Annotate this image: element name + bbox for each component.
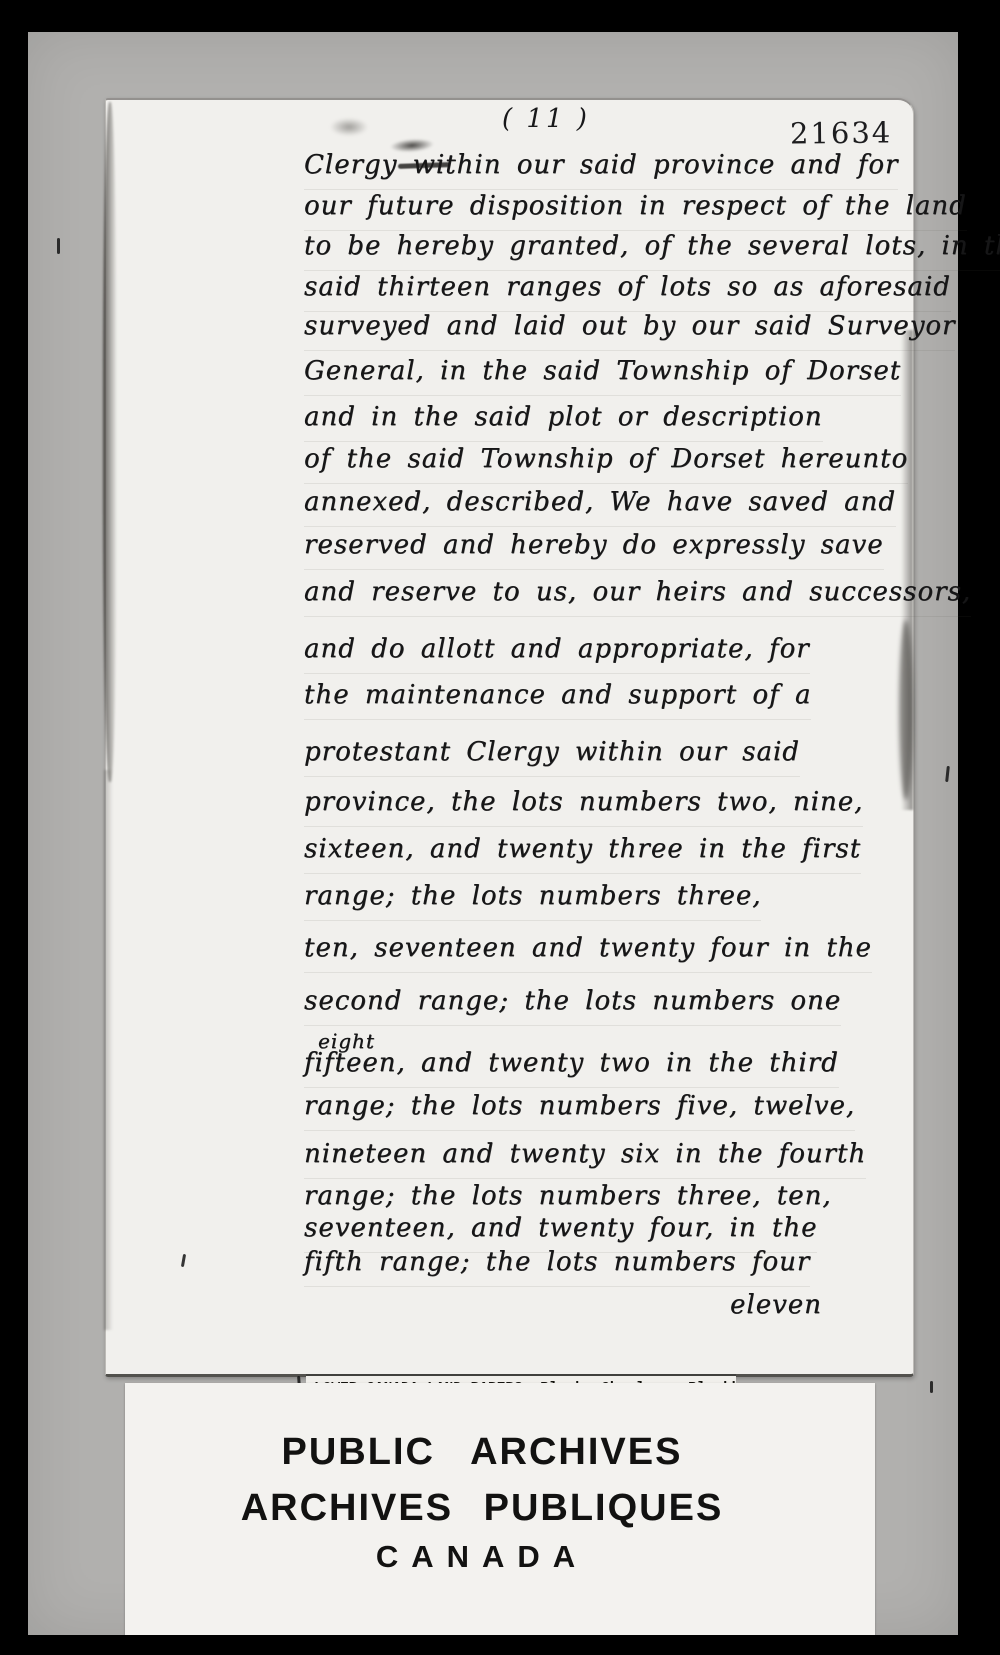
handwriting-line: said thirteen ranges of lots so as afore… — [304, 272, 951, 312]
page-deckle-edge-lower — [104, 770, 113, 1330]
handwriting-line: and do allott and appropriate, for — [304, 634, 810, 674]
handwriting-line: range; the lots numbers three, — [304, 881, 761, 921]
handwriting-line: of the said Township of Dorset hereunto — [304, 444, 908, 484]
page-deckle-edge — [103, 102, 117, 782]
handwriting-line: protestant Clergy within our said — [304, 737, 800, 777]
archival-scan: ( 11 ) 21634 Clergy within our said prov… — [0, 0, 1000, 1655]
handwriting-line: ten, seventeen and twenty four in the — [304, 933, 872, 973]
handwriting-line-catchword: eleven — [730, 1290, 822, 1329]
handwriting-line: nineteen and twenty six in the fourth — [304, 1139, 866, 1179]
stray-mark — [930, 1381, 933, 1393]
stray-mark — [57, 238, 60, 254]
handwriting-line: fifth range; the lots numbers four — [304, 1247, 810, 1287]
handwriting-line: annexed, described, We have saved and — [304, 487, 896, 527]
handwriting-line: and in the said plot or description — [304, 402, 823, 442]
handwriting-line: range; the lots numbers five, twelve, — [304, 1091, 855, 1131]
handwriting-line: fifteen, and twenty two in the third — [304, 1048, 839, 1088]
handwriting-line: and reserve to us, our heirs and success… — [304, 577, 971, 617]
archives-banner: PUBLIC ARCHIVES ARCHIVES PUBLIQUES CANAD… — [125, 1383, 875, 1635]
page-right-edge-blot — [899, 620, 913, 800]
banner-title-canada: CANADA — [107, 1539, 857, 1575]
page-number: ( 11 ) — [502, 104, 590, 134]
banner-title-french: ARCHIVES PUBLIQUES — [107, 1487, 857, 1530]
handwriting-line: General, in the said Township of Dorset — [304, 356, 901, 396]
handwriting-line: reserved and hereby do expressly save — [304, 530, 884, 570]
handwriting-line: the maintenance and support of a — [304, 680, 811, 720]
handwriting-line: second range; the lots numbers one — [304, 986, 841, 1026]
handwriting-line: surveyed and laid out by our said Survey… — [304, 311, 955, 351]
handwriting-line: Clergy within our said province and for — [304, 150, 898, 190]
handwriting-line: sixteen, and twenty three in the first — [304, 834, 861, 874]
pencil-smudge — [330, 118, 368, 136]
handwriting-line: our future disposition in respect of the… — [304, 191, 967, 231]
handwriting-line: to be hereby granted, of the several lot… — [304, 231, 1000, 271]
archive-stamp-number: 21634 — [790, 115, 893, 150]
handwriting-line: province, the lots numbers two, nine, — [304, 787, 863, 827]
banner-title-english: PUBLIC ARCHIVES — [107, 1431, 857, 1474]
